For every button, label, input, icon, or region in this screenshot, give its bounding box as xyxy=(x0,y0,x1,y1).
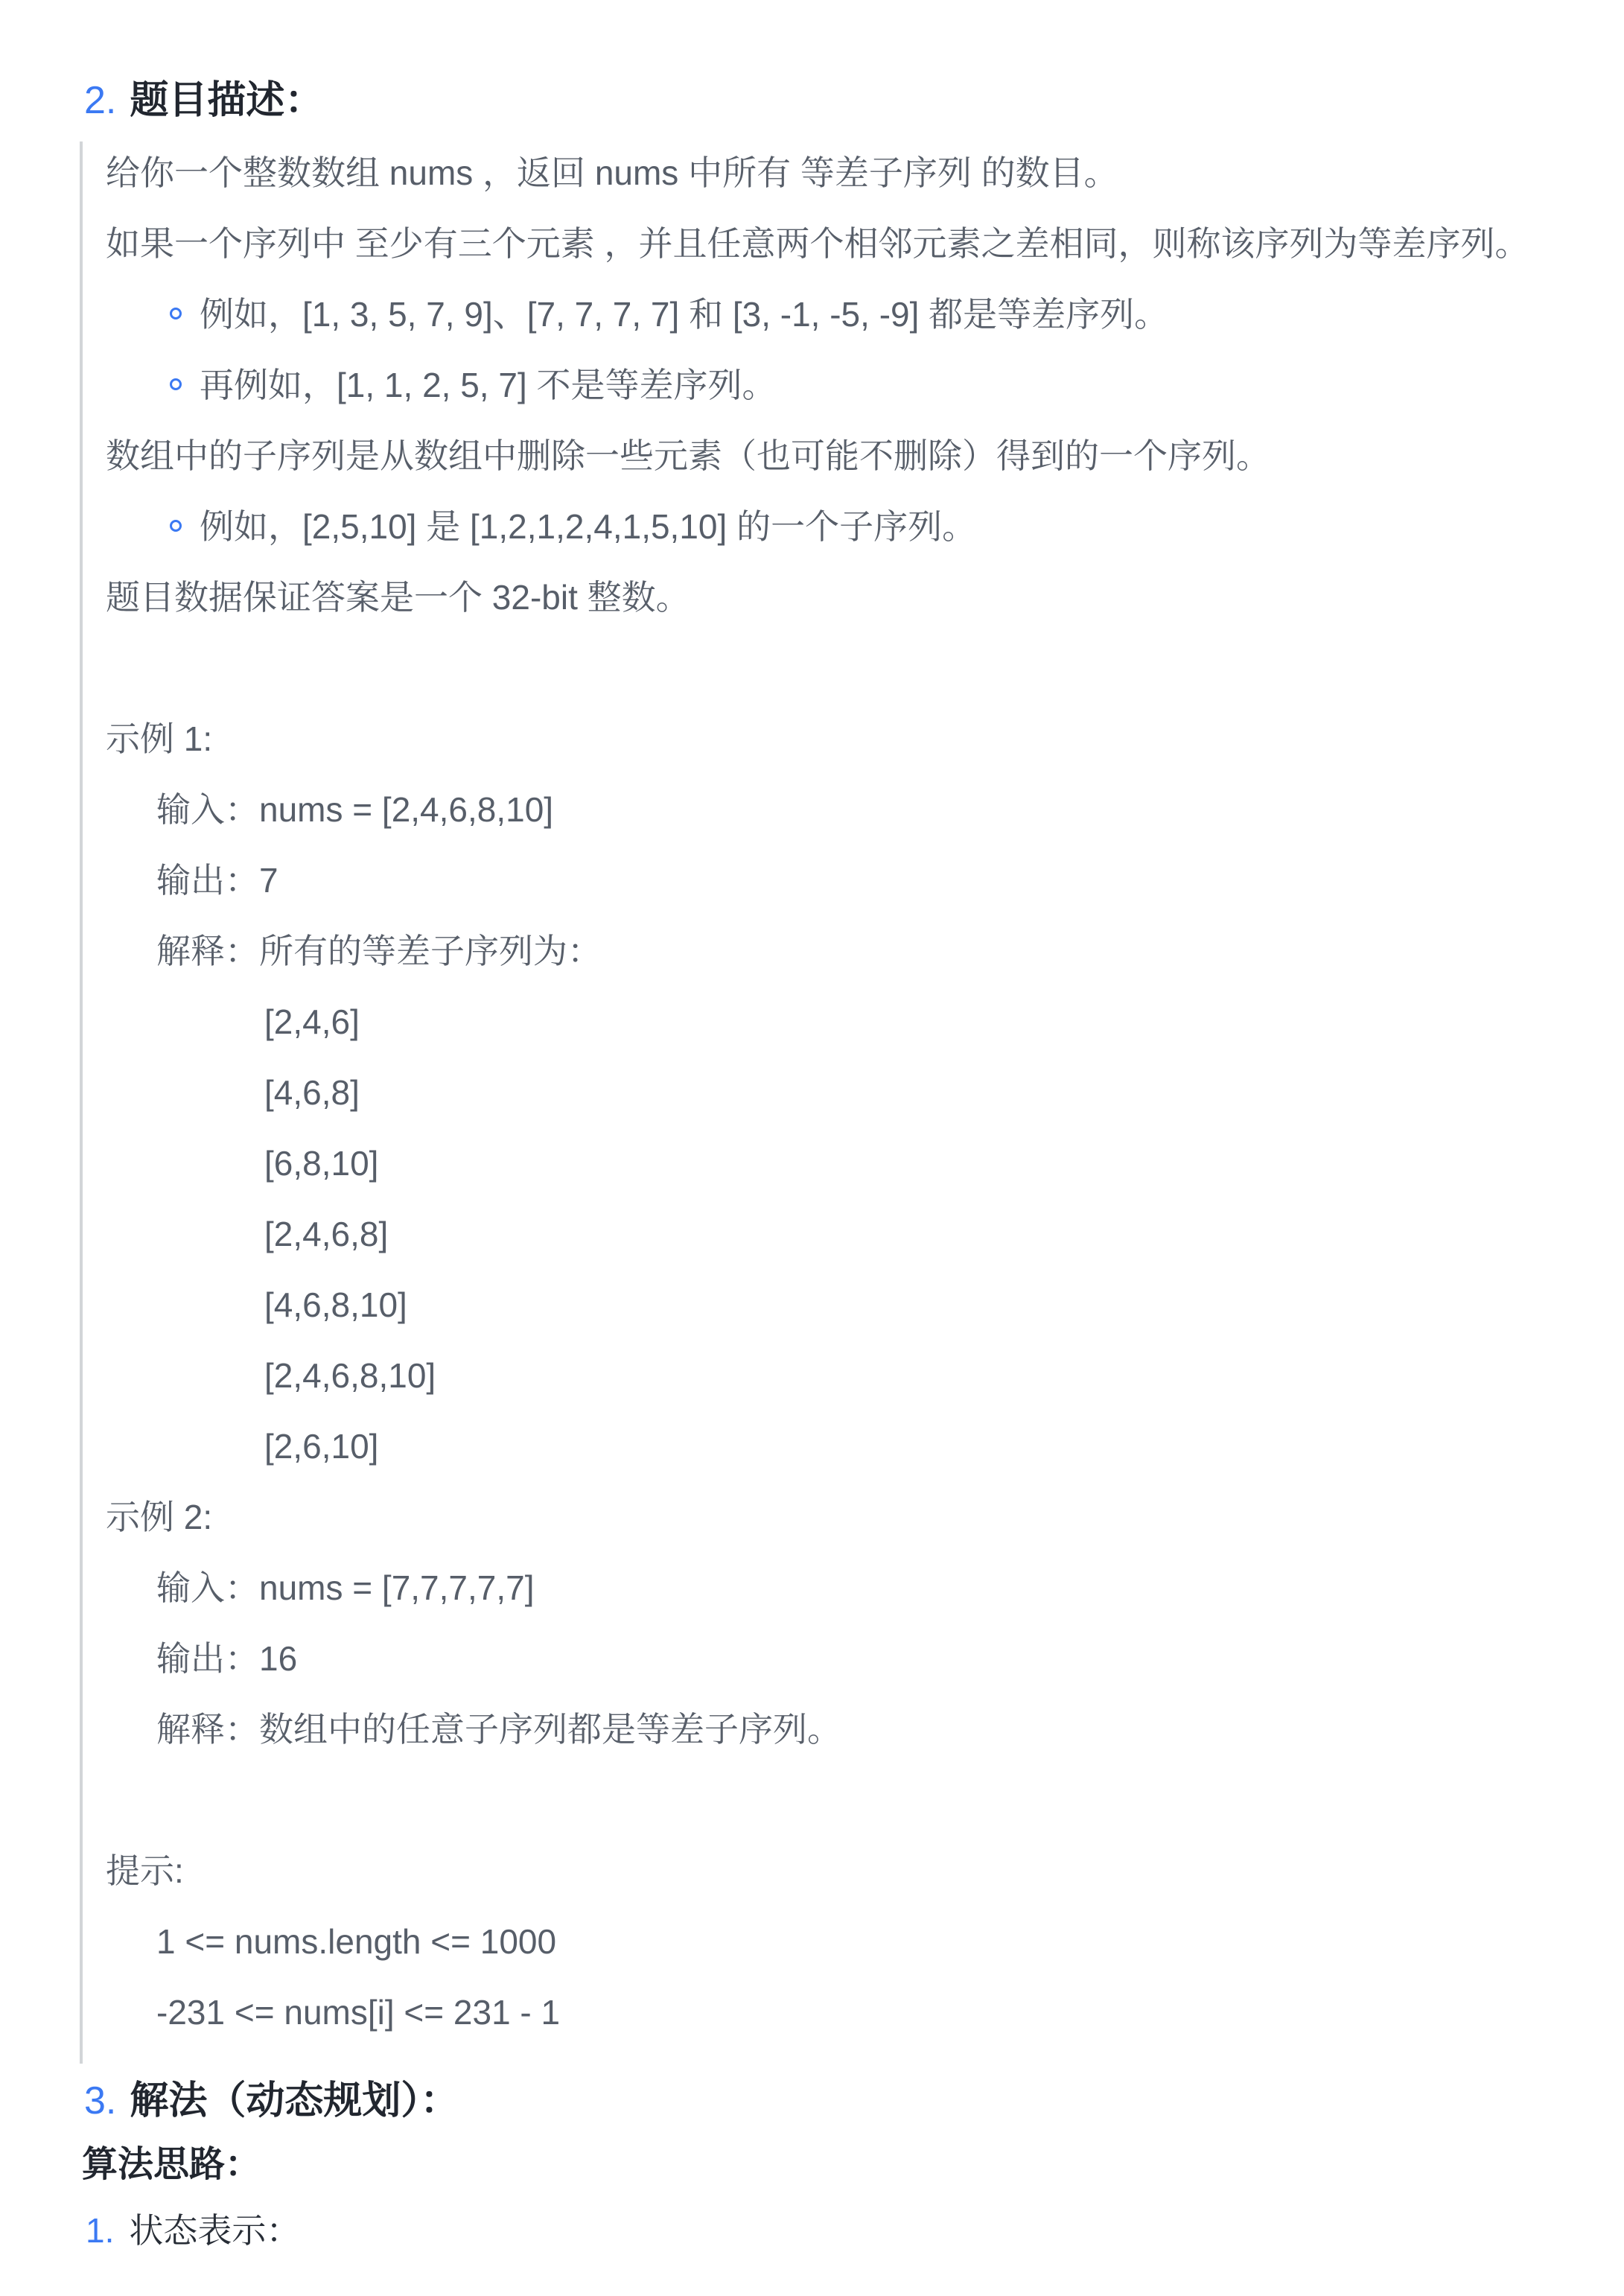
solution-section-title: 解法（动态规划）： xyxy=(130,2079,459,2122)
example-bullet-list: 例如，[1, 3, 5, 7, 9]、[7, 7, 7, 7] 和 [3, -1… xyxy=(106,290,1594,409)
bullet-item: 再例如，[1, 1, 2, 5, 7] 不是等差序列。 xyxy=(106,361,1594,409)
example2-label: 示例 2: xyxy=(106,1493,1594,1541)
sequence-line: [4,6,8,10] xyxy=(264,1281,1594,1329)
sequence-line: [4,6,8] xyxy=(264,1069,1594,1116)
problem-paragraph: 题目数据保证答案是一个 32-bit 整数。 xyxy=(106,573,1594,621)
example1-block: 输入：nums = [2,4,6,8,10] 输出：7 解释：所有的等差子序列为… xyxy=(156,786,1594,1470)
problem-paragraph: 数组中的子序列是从数组中删除一些元素（也可能不删除）得到的一个序列。 xyxy=(106,432,1594,480)
example1-output: 输出：7 xyxy=(156,856,1594,904)
problem-blockquote: 给你一个整数数组 nums ，返回 nums 中所有 等差子序列 的数目。 如果… xyxy=(80,141,1624,2064)
subsequence-bullet-list: 例如，[2,5,10] 是 [1,2,1,2,4,1,5,10] 的一个子序列。 xyxy=(106,503,1594,550)
hints-block: 1 <= nums.length <= 1000 -231 <= nums[i]… xyxy=(156,1918,1594,2036)
hint-line: 1 <= nums.length <= 1000 xyxy=(156,1918,1594,1965)
problem-section-title: 题目描述： xyxy=(130,79,323,122)
article-page: 2.题目描述： 给你一个整数数组 nums ，返回 nums 中所有 等差子序列… xyxy=(0,0,1624,2254)
step-line: 1.状态表示： xyxy=(86,2207,1624,2254)
approach-label: 算法思路： xyxy=(82,2141,1624,2189)
problem-paragraph: 给你一个整数数组 nums ，返回 nums 中所有 等差子序列 的数目。 xyxy=(106,149,1594,197)
sequence-line: [2,4,6,8,10] xyxy=(264,1352,1594,1399)
sequence-line: [2,4,6,8] xyxy=(264,1210,1594,1258)
sequence-line: [6,8,10] xyxy=(264,1139,1594,1187)
example2-explanation: 解释：数组中的任意子序列都是等差子序列。 xyxy=(156,1705,1594,1753)
step-number: 1. xyxy=(86,2211,114,2250)
example1-label: 示例 1: xyxy=(106,715,1594,763)
example2-output: 输出：16 xyxy=(156,1635,1594,1682)
solution-section-heading: 3.解法（动态规划）： xyxy=(84,2076,1624,2126)
step-title: 状态表示： xyxy=(129,2211,300,2250)
problem-section-heading: 2.题目描述： xyxy=(84,75,1624,126)
bullet-item: 例如，[2,5,10] 是 [1,2,1,2,4,1,5,10] 的一个子序列。 xyxy=(106,503,1594,550)
hints-label: 提示: xyxy=(106,1847,1594,1895)
example2-block: 输入：nums = [7,7,7,7,7] 输出：16 解释：数组中的任意子序列… xyxy=(156,1564,1594,1753)
example2-input: 输入：nums = [7,7,7,7,7] xyxy=(156,1564,1594,1612)
bullet-item: 例如，[1, 3, 5, 7, 9]、[7, 7, 7, 7] 和 [3, -1… xyxy=(106,290,1594,338)
sequence-line: [2,6,10] xyxy=(264,1422,1594,1470)
solution-section-number: 3. xyxy=(84,2079,116,2122)
problem-paragraph: 如果一个序列中 至少有三个元素 ，并且任意两个相邻元素之差相同，则称该序列为等差… xyxy=(106,220,1594,267)
sequence-line: [2,4,6] xyxy=(264,998,1594,1046)
example1-explanation: 解释：所有的等差子序列为： xyxy=(156,927,1594,975)
example1-input: 输入：nums = [2,4,6,8,10] xyxy=(156,786,1594,833)
example1-sequence-list: [2,4,6] [4,6,8] [6,8,10] [2,4,6,8] [4,6,… xyxy=(264,998,1594,1470)
problem-section-number: 2. xyxy=(84,79,116,122)
hint-line: -231 <= nums[i] <= 231 - 1 xyxy=(156,1988,1594,2036)
